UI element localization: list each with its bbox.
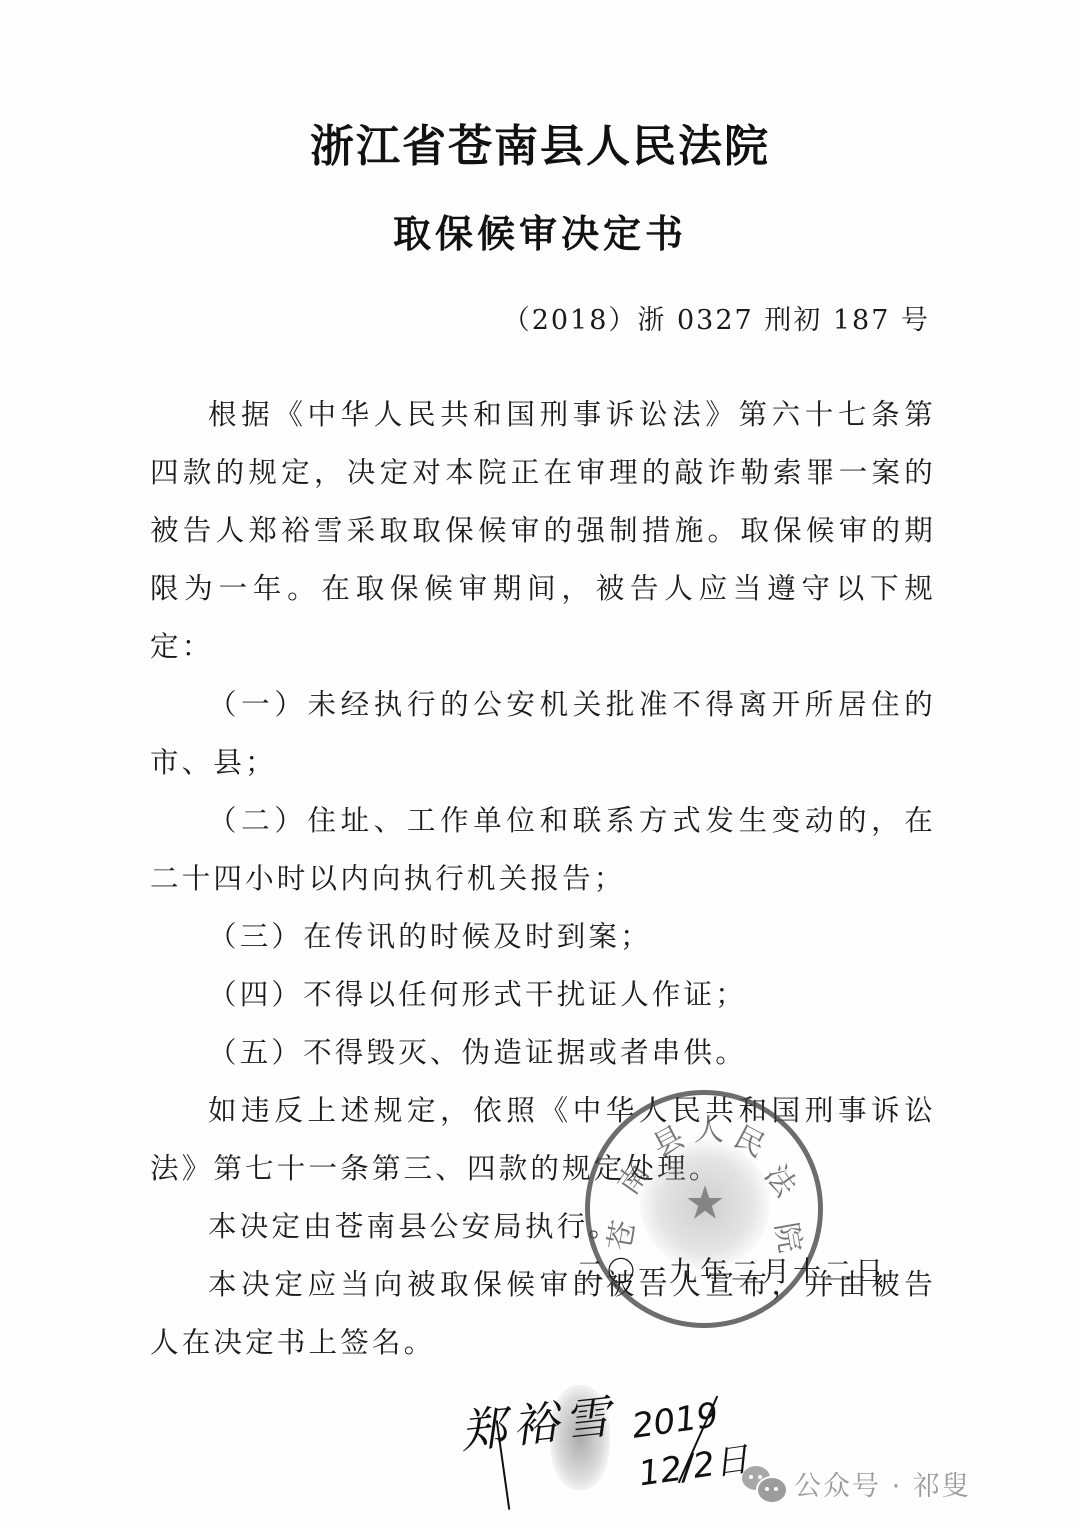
document-title: 取保候审决定书 [0,203,1080,258]
document-date: 二〇一九年二月十二日 [576,1250,886,1290]
court-name: 浙江省苍南县人民法院 [0,110,1080,174]
paragraph-rule-2: （二）住址、工作单位和联系方式发生变动的，在二十四小时以内向执行机关报告； [150,792,936,908]
court-seal: ★ 苍 南 县 人 民 法 院 [585,1090,823,1328]
paragraph-rule-4: （四）不得以任何形式干扰证人作证； [150,966,936,1024]
paragraph-decision: 根据《中华人民共和国刑事诉讼法》第六十七条第四款的规定，决定对本院正在审理的敲诈… [150,386,936,676]
court-seal-emblem-icon: ★ [684,1175,725,1229]
paragraph-rule-1: （一）未经执行的公安机关批准不得离开所居住的市、县； [150,676,936,792]
seal-char: 苍 [595,1216,644,1253]
watermark-text: 公众号 · 祁叟 [794,1464,971,1503]
paragraph-rule-5: （五）不得毁灭、伪造证据或者串供。 [150,1024,936,1082]
defendant-signature: 郑裕雪 2019 12/2日 [460,1380,790,1500]
document-page: 浙江省苍南县人民法院 取保候审决定书 （2018）浙 0327 刑初 187 号… [0,0,1080,1528]
paragraph-rule-3: （三）在传讯的时候及时到案； [150,908,936,966]
seal-char: 人 [694,1105,724,1149]
case-number: （2018）浙 0327 刑初 187 号 [503,298,930,337]
